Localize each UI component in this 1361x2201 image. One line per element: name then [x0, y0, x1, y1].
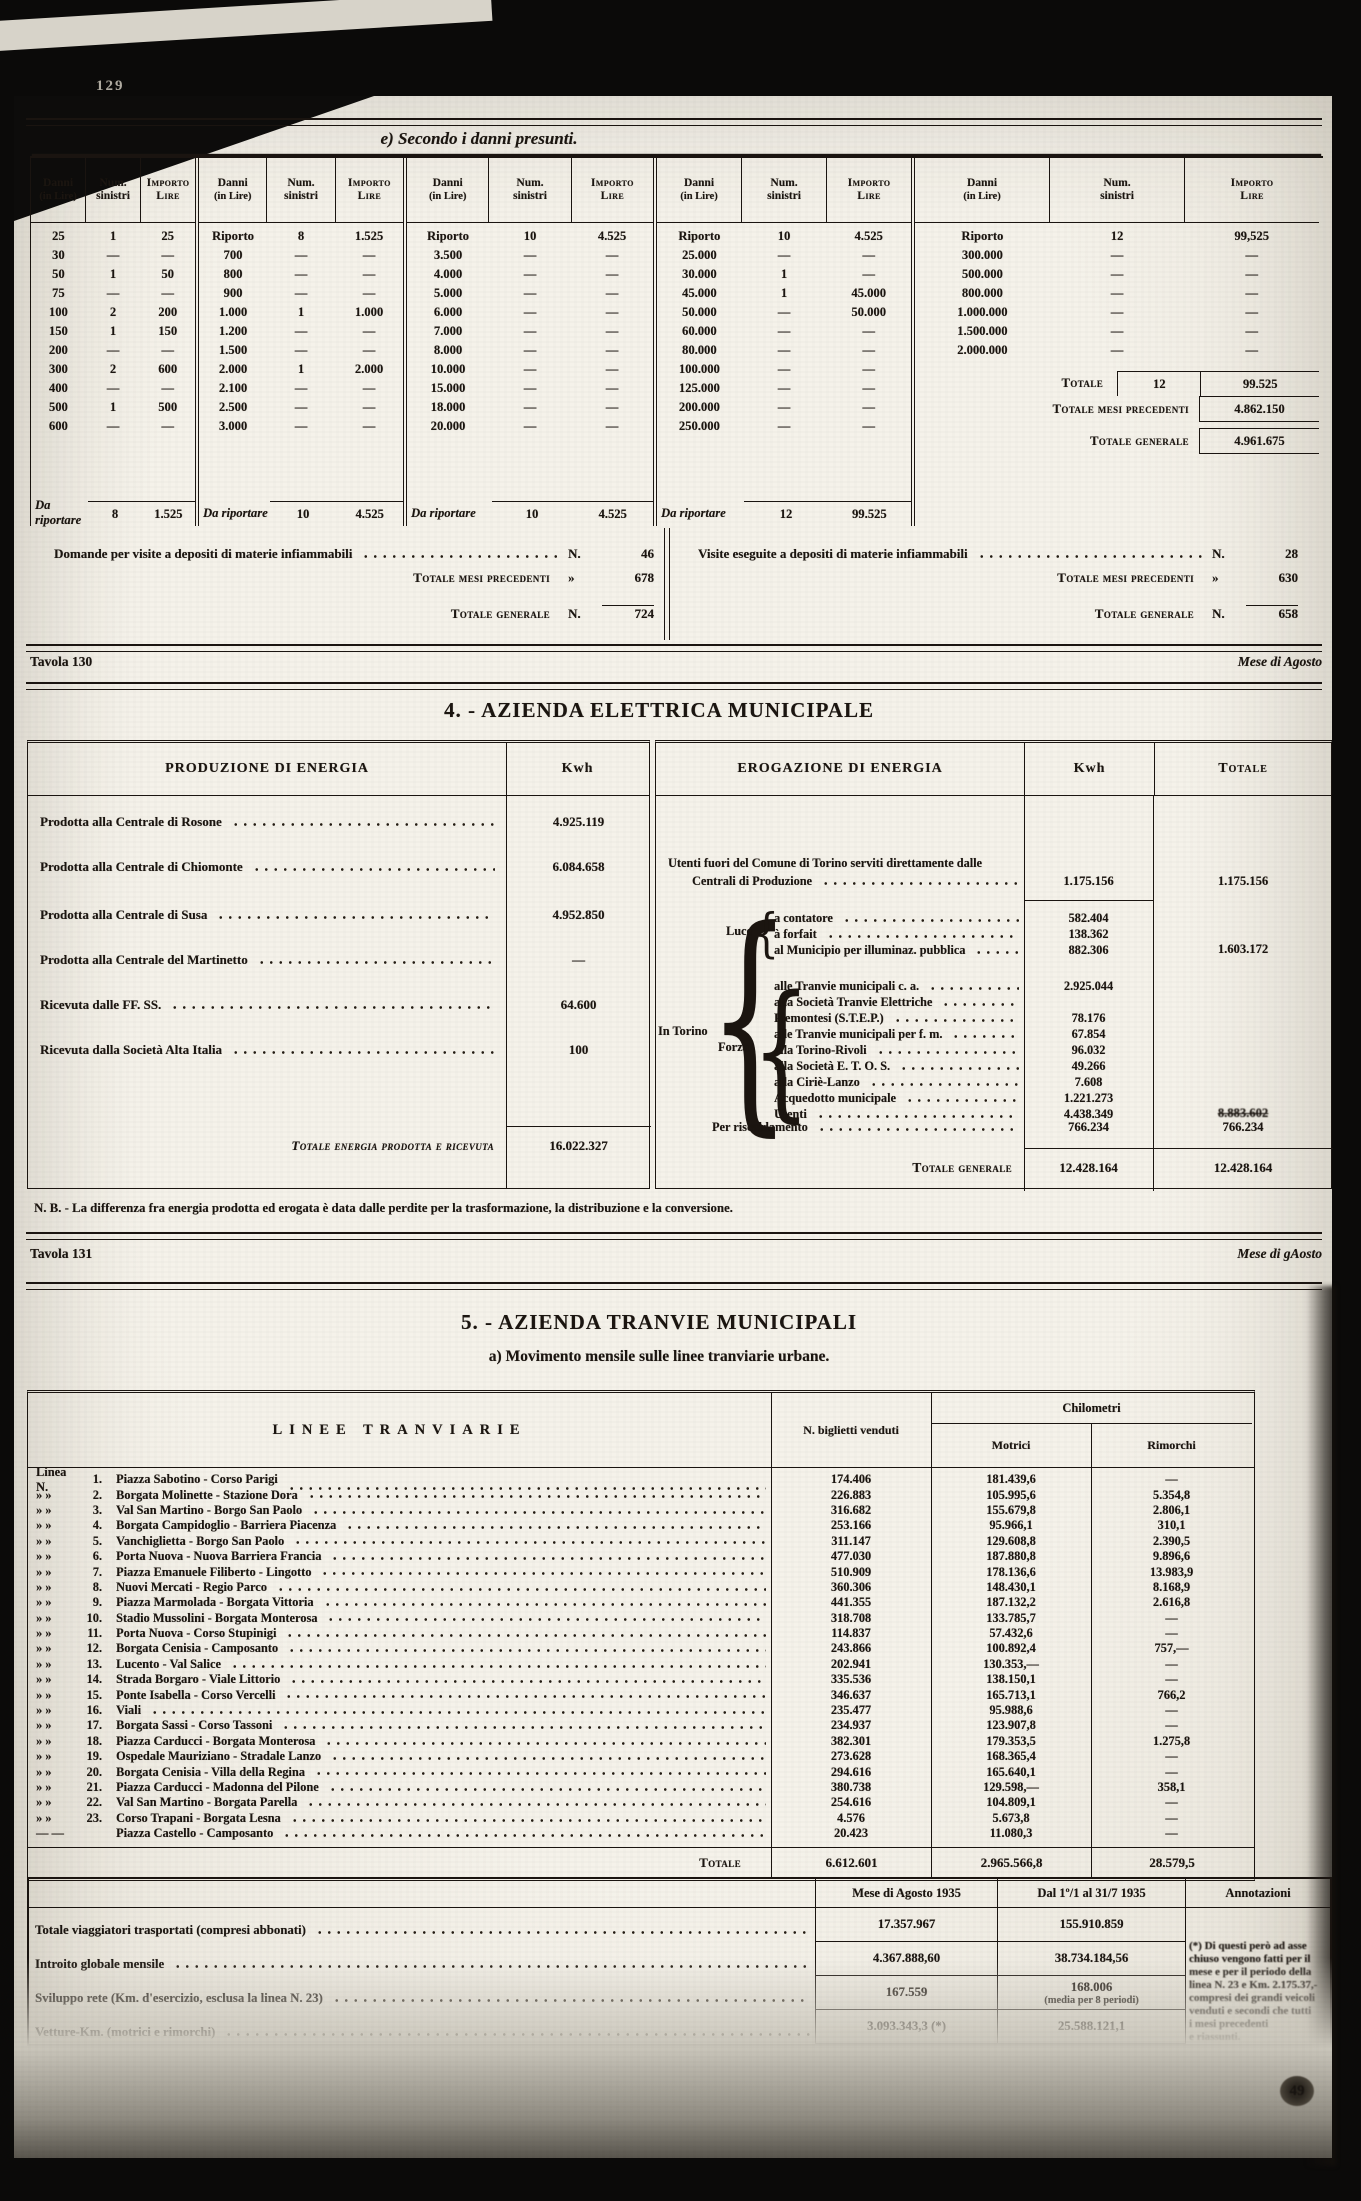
- motrici-value: 133.785,7: [931, 1611, 1091, 1626]
- line-number: 20.: [76, 1765, 102, 1780]
- motrici-value: 168.365,4: [931, 1749, 1091, 1764]
- danni-rows: 2512530——5015075——10022001501150200——300…: [31, 223, 195, 500]
- motrici-value: 165.713,1: [931, 1688, 1091, 1703]
- table-row: 500.000——: [915, 267, 1319, 286]
- rimorchi-value: 2.616,8: [1091, 1595, 1252, 1610]
- line-number: 3.: [76, 1503, 102, 1518]
- rimorchi-value: —: [1091, 1626, 1252, 1641]
- dot-leader: [230, 1660, 766, 1671]
- table-row: 1.500——: [199, 343, 403, 362]
- line-number: 19.: [76, 1749, 102, 1764]
- line-number: 18.: [76, 1734, 102, 1749]
- motrici-value: 95.966,1: [931, 1518, 1091, 1533]
- stats-row-label: Totale viaggiatori trasportati (compresi…: [35, 1923, 306, 1938]
- rimorchi-value: —: [1091, 1811, 1252, 1826]
- tram-line-row: » »21.Piazza Carducci - Madonna del Pilo…: [28, 1780, 1254, 1795]
- table-row: Riporto1299,525: [915, 229, 1319, 248]
- danni-table: Danni(in Lire) Num.sinistri ImportoLire …: [30, 156, 1323, 526]
- stats-annotazioni: Annotazioni: [1186, 1879, 1330, 1907]
- dot-leader: [282, 1829, 766, 1840]
- line-prefix: » »: [28, 1780, 76, 1795]
- line-prefix: » »: [28, 1734, 76, 1749]
- line-name: Piazza Carducci - Borgata Monterosa: [116, 1734, 315, 1749]
- totale-label: Totale: [915, 376, 1117, 391]
- tram-line-row: » »6.Porta Nuova - Nuova Barriera Franci…: [28, 1549, 1254, 1564]
- table-row: 100.000——: [657, 362, 911, 381]
- biglietti-value: 335.536: [771, 1672, 931, 1687]
- line-number: 2.: [76, 1488, 102, 1503]
- table-row: 600——: [31, 419, 195, 438]
- table-row: 5001500: [31, 400, 195, 419]
- mese-label: Mese di Agosto: [1238, 654, 1322, 670]
- dot-leader: [330, 1752, 766, 1763]
- tram-line-row: » »11.Porta Nuova - Corso Stupinigi 114.…: [28, 1626, 1254, 1641]
- line-prefix: » »: [28, 1765, 76, 1780]
- top-page-number: 129: [96, 78, 125, 95]
- table-row: 45.000145.000: [657, 286, 911, 305]
- motrici-value: 187.880,8: [931, 1549, 1091, 1564]
- luce-item-label: al Municipio per illuminaz. pubblica: [656, 943, 965, 958]
- tram-totale-row: Totale 6.612.601 2.965.566,8 28.579,5: [28, 1847, 1254, 1878]
- tavola-131-label: Tavola 131: [30, 1246, 92, 1262]
- line-number: 6.: [76, 1549, 102, 1564]
- forza-item-label: Piemontesi (S.T.E.P.): [656, 1011, 884, 1026]
- rimorchi-value: 2.390,5: [1091, 1534, 1252, 1549]
- rimorchi-value: —: [1091, 1749, 1252, 1764]
- scan-bottom-fade: [14, 1958, 1332, 2158]
- table-row: 25.000——: [657, 248, 911, 267]
- table-row: 900——: [199, 286, 403, 305]
- scan-white-streak: [0, 0, 492, 51]
- dot-leader: [821, 877, 1017, 888]
- rimorchi-value: —: [1091, 1703, 1252, 1718]
- tram-table: LINEE TRANVIARIE N. biglietti venduti Ch…: [27, 1390, 1255, 1881]
- dot-leader: [345, 1521, 766, 1532]
- col-num: Num.: [99, 177, 126, 190]
- table-row: 7.000——: [407, 324, 653, 343]
- line-prefix: » »: [28, 1534, 76, 1549]
- line-number: 23.: [76, 1811, 102, 1826]
- mese-label: Mese di gAosto: [1237, 1246, 1322, 1262]
- motrici-value: 178.136,6: [931, 1565, 1091, 1580]
- tram-line-row: » »23.Corso Trapani - Borgata Lesna 4.57…: [28, 1811, 1254, 1826]
- motrici-value: 129.598,—: [931, 1780, 1091, 1795]
- dot-leader: [311, 1506, 766, 1517]
- dot-leader: [306, 1798, 766, 1809]
- biglietti-value: 441.355: [771, 1595, 931, 1610]
- line-prefix: » »: [28, 1503, 76, 1518]
- biglietti-value: 114.837: [771, 1626, 931, 1641]
- dot-leader: [326, 1614, 766, 1625]
- table-row: 3.000——: [199, 419, 403, 438]
- table-row: 125.000——: [657, 381, 911, 400]
- stats-row: Totale viaggiatori trasportati (compresi…: [29, 1908, 1330, 1942]
- danni-totals-block: Totale 12 99.525 Totale mesi precedenti …: [915, 362, 1319, 454]
- line-prefix: » »: [28, 1611, 76, 1626]
- table-row: 800.000——: [915, 286, 1319, 305]
- biglietti-value: 380.738: [771, 1780, 931, 1795]
- motrici-value: 5.673,8: [931, 1811, 1091, 1826]
- biglietti-value: 254.616: [771, 1795, 931, 1810]
- line-name: Lucento - Val Salice: [116, 1657, 221, 1672]
- forza-item-label: alla Società Tranvie Elettriche: [656, 995, 932, 1010]
- rimorchi-value: —: [1091, 1795, 1252, 1810]
- dot-leader: [276, 1583, 766, 1594]
- danni-group-2: Danni(in Lire)Num.sinistriImportoLire Ri…: [199, 158, 407, 526]
- biglietti-value: 477.030: [771, 1549, 931, 1564]
- biglietti-value: 226.883: [771, 1488, 931, 1503]
- line-name: Nuovi Mercati - Regio Parco: [116, 1580, 267, 1595]
- table-row: 300.000——: [915, 248, 1319, 267]
- dot-leader: [284, 1691, 766, 1702]
- rimorchi-value: —: [1091, 1611, 1252, 1626]
- line-prefix: » »: [28, 1688, 76, 1703]
- line-number: 15.: [76, 1688, 102, 1703]
- line-name: Borgata Cenisia - Villa della Regina: [116, 1765, 305, 1780]
- line-prefix: » »: [28, 1749, 76, 1764]
- dot-leader: [290, 1814, 766, 1825]
- line-prefix: » »: [28, 1703, 76, 1718]
- table-row: 700——: [199, 248, 403, 267]
- scanned-page-background: { "page": {"top_page_number": "129", "bo…: [0, 0, 1361, 2201]
- rimorchi-header: Rimorchi: [1091, 1423, 1252, 1467]
- motrici-value: 11.080,3: [931, 1826, 1091, 1841]
- dot-leader: [826, 930, 1019, 941]
- line-name: Vanchiglietta - Borgo San Paolo: [116, 1534, 284, 1549]
- line-name: Borgata Campidoglio - Barriera Piacenza: [116, 1518, 336, 1533]
- line-number: 21.: [76, 1780, 102, 1795]
- tram-line-row: » »16.Viali 235.477 95.988,6 —: [28, 1703, 1254, 1718]
- danni-group-1: Danni(in Lire) Num.sinistri ImportoLire …: [31, 158, 199, 526]
- biglietti-value: 510.909: [771, 1565, 931, 1580]
- tram-line-row: » »15.Ponte Isabella - Corso Vercelli 34…: [28, 1687, 1254, 1702]
- tram-title: 5. - AZIENDA TRANVIE MUNICIPALI: [14, 1310, 1304, 1335]
- chilometri-header: Chilometri: [931, 1393, 1252, 1424]
- forza-item-label: alle Tranvie municipali per f. m.: [656, 1027, 942, 1042]
- biglietti-header: N. biglietti venduti: [771, 1393, 931, 1467]
- tram-line-row: » »19.Ospedale Mauriziano - Stradale Lan…: [28, 1749, 1254, 1764]
- dot-leader: [285, 1629, 766, 1640]
- table-row: 5.000——: [407, 286, 653, 305]
- line-name: Strada Borgaro - Viale Littorio: [116, 1672, 280, 1687]
- table-row: Riporto104.525: [407, 229, 653, 248]
- dot-leader: [817, 1123, 1017, 1134]
- line-name: Borgata Cenisia - Camposanto: [116, 1641, 278, 1656]
- motrici-value: 155.679,8: [931, 1503, 1091, 1518]
- rimorchi-value: 13.983,9: [1091, 1565, 1252, 1580]
- dot-leader: [307, 1491, 766, 1502]
- rimorchi-value: —: [1091, 1672, 1252, 1687]
- motrici-value: 123.907,8: [931, 1718, 1091, 1733]
- table-row: 8.000——: [407, 343, 653, 362]
- line-number: 4.: [76, 1518, 102, 1533]
- table-row: 80.000——: [657, 343, 911, 362]
- dot-leader: [281, 1721, 766, 1732]
- rimorchi-value: 5.354,8: [1091, 1488, 1252, 1503]
- rimorchi-value: —: [1091, 1826, 1252, 1841]
- biglietti-value: 20.423: [771, 1826, 931, 1841]
- erogazione-header: EROGAZIONE DI ENERGIA: [656, 743, 1024, 795]
- tavola-130-row: Tavola 130 Mese di Agosto: [30, 654, 1322, 670]
- dot-leader: [324, 1737, 766, 1748]
- tram-rows: Linea N.1.Piazza Sabotino - Corso Parigi…: [28, 1472, 1254, 1841]
- stats-header: Mese di Agosto 1935 Dal 1º/1 al 31/7 193…: [29, 1879, 1330, 1908]
- line-name: Piazza Sabotino - Corso Parigi: [116, 1472, 278, 1487]
- table-row: 50150: [31, 267, 195, 286]
- table-row: 30——: [31, 248, 195, 267]
- table-row: 1002200: [31, 305, 195, 324]
- line-prefix: » »: [28, 1795, 76, 1810]
- line-name: Corso Trapani - Borgata Lesna: [116, 1811, 281, 1826]
- rimorchi-value: 310,1: [1091, 1518, 1252, 1533]
- table-row: 20.000——: [407, 419, 653, 438]
- dot-leader: [328, 1783, 766, 1794]
- footnote-line: (*) Di questi però ad asse: [1189, 1940, 1325, 1953]
- rimorchi-value: —: [1091, 1718, 1252, 1733]
- line-name: Val San Martino - Borgo San Paolo: [116, 1503, 302, 1518]
- rimorchi-value: 757,—: [1091, 1641, 1252, 1656]
- aem-tables: PRODUZIONE DI ENERGIA Kwh Prodotta alla …: [27, 740, 1332, 1189]
- biglietti-value: 311.147: [771, 1534, 931, 1549]
- table-row: 1.200——: [199, 324, 403, 343]
- line-number: 10.: [76, 1611, 102, 1626]
- dot-leader: [842, 914, 1019, 925]
- table-row: 200——: [31, 343, 195, 362]
- motrici-value: 179.353,5: [931, 1734, 1091, 1749]
- tram-line-row: » »5.Vanchiglietta - Borgo San Paolo 311…: [28, 1534, 1254, 1549]
- line-number: 9.: [76, 1595, 102, 1610]
- line-number: 12.: [76, 1641, 102, 1656]
- biglietti-value: 243.866: [771, 1641, 931, 1656]
- luce-item-label: a contatore: [656, 911, 833, 926]
- motrici-value: 95.988,6: [931, 1703, 1091, 1718]
- biglietti-value: 4.576: [771, 1811, 931, 1826]
- forza-item-label: alle Tranvie municipali c. a.: [656, 979, 919, 994]
- forza-item-label: alla Ciriè-Lanzo: [656, 1075, 860, 1090]
- produzione-header: PRODUZIONE DI ENERGIA: [28, 743, 506, 795]
- forza-total: 8.883.602: [1153, 1106, 1333, 1121]
- luce-item-label: à forfait: [656, 927, 817, 942]
- rimorchi-value: 2.806,1: [1091, 1503, 1252, 1518]
- summary-left: Domande per visite a depositi di materie…: [54, 538, 654, 622]
- stats-value-period: 155.910.859: [1060, 1917, 1124, 1932]
- line-number: 16.: [76, 1703, 102, 1718]
- line-number: 8.: [76, 1580, 102, 1595]
- dot-leader: [314, 1768, 766, 1779]
- biglietti-value: 234.937: [771, 1718, 931, 1733]
- kwh-header: Kwh: [1024, 743, 1154, 795]
- line-number: 17.: [76, 1718, 102, 1733]
- table-row: 4.000——: [407, 267, 653, 286]
- visite-eseguite-label: Visite eseguite a depositi di materie in…: [698, 546, 968, 562]
- table-row: 30.0001—: [657, 267, 911, 286]
- rimorchi-value: 1.275,8: [1091, 1734, 1252, 1749]
- table-row: 3002600: [31, 362, 195, 381]
- line-prefix: » »: [28, 1641, 76, 1656]
- table-row: 400——: [31, 381, 195, 400]
- line-prefix: » »: [28, 1565, 76, 1580]
- line-name: Borgata Molinette - Stazione Dora: [116, 1488, 298, 1503]
- biglietti-value: 174.406: [771, 1472, 931, 1487]
- line-number: 22.: [76, 1795, 102, 1810]
- table-row: 2.500——: [199, 400, 403, 419]
- line-name: Porta Nuova - Corso Stupinigi: [116, 1626, 276, 1641]
- tram-line-row: — —Piazza Castello - Camposanto 20.423 1…: [28, 1826, 1254, 1841]
- rimorchi-value: —: [1091, 1765, 1252, 1780]
- rimorchi-value: 766,2: [1091, 1688, 1252, 1703]
- stats-period-1: Mese di Agosto 1935: [816, 1879, 998, 1907]
- biglietti-value: 235.477: [771, 1703, 931, 1718]
- table-row: Riporto104.525: [657, 229, 911, 248]
- dot-leader: [876, 1046, 1019, 1057]
- stats-period-2: Dal 1º/1 al 31/7 1935: [998, 1879, 1186, 1907]
- line-name: Piazza Carducci - Madonna del Pilone: [116, 1780, 319, 1795]
- line-name: Val San Martino - Borgata Parella: [116, 1795, 297, 1810]
- luce-items: a contatore582.404à forfait138.362al Mun…: [656, 910, 1153, 958]
- dot-leader: [150, 1706, 766, 1717]
- biglietti-value: 318.708: [771, 1611, 931, 1626]
- motrici-header: Motrici: [931, 1423, 1091, 1467]
- table-row: 1.500.000——: [915, 324, 1319, 343]
- table-row: 50.000—50.000: [657, 305, 911, 324]
- domande-visite-label: Domande per visite a depositi di materie…: [54, 546, 352, 562]
- table-row: 60.000——: [657, 324, 911, 343]
- line-number: 13.: [76, 1657, 102, 1672]
- motrici-value: 130.353,—: [931, 1657, 1091, 1672]
- table-row: 2.100——: [199, 381, 403, 400]
- kwh-header: Kwh: [506, 743, 648, 795]
- top-rule: [26, 118, 1322, 126]
- line-number: 7.: [76, 1565, 102, 1580]
- tram-line-row: » »7.Piazza Emanuele Filiberto - Lingott…: [28, 1564, 1254, 1579]
- totale-header: Totale: [1154, 743, 1331, 795]
- dot-leader: [941, 998, 1019, 1009]
- table-row: 10.000——: [407, 362, 653, 381]
- dot-leader: [323, 1598, 766, 1609]
- rimorchi-value: —: [1091, 1657, 1252, 1672]
- line-name: Ospedale Mauriziano - Stradale Lanzo: [116, 1749, 321, 1764]
- prod-row-label: Prodotta alla Centrale di Rosone: [40, 814, 222, 830]
- line-name: Stadio Mussolini - Borgata Monterosa: [116, 1611, 317, 1626]
- dot-leader: [951, 1030, 1019, 1041]
- dot-leader: [289, 1675, 766, 1686]
- biglietti-value: 360.306: [771, 1580, 931, 1595]
- tavola-131-row: Tavola 131 Mese di gAosto: [30, 1246, 1322, 1262]
- tram-line-row: » »3.Val San Martino - Borgo San Paolo 3…: [28, 1503, 1254, 1518]
- table-row: 800——: [199, 267, 403, 286]
- tram-line-row: » »17.Borgata Sassi - Corso Tassoni 234.…: [28, 1718, 1254, 1733]
- dot-leader: [899, 1062, 1019, 1073]
- bottom-page-number: 49: [1280, 2076, 1314, 2106]
- produzione-table: PRODUZIONE DI ENERGIA Kwh Prodotta alla …: [27, 740, 650, 1189]
- motrici-value: 105.995,6: [931, 1488, 1091, 1503]
- tram-line-row: » »12.Borgata Cenisia - Camposanto 243.8…: [28, 1641, 1254, 1656]
- table-row: 2.00012.000: [199, 362, 403, 381]
- document-page: e) Secondo i danni presunti. Danni(in Li…: [14, 96, 1332, 2158]
- summary-divider: [664, 528, 670, 640]
- danni-footer-row: Da riportare81.525: [31, 500, 195, 526]
- motrici-value: 100.892,4: [931, 1641, 1091, 1656]
- table-row: 75——: [31, 286, 195, 305]
- dot-leader: [869, 1078, 1019, 1089]
- motrici-value: 104.809,1: [931, 1795, 1091, 1810]
- biglietti-value: 202.941: [771, 1657, 931, 1672]
- line-name: Ponte Isabella - Corso Vercelli: [116, 1688, 275, 1703]
- rimorchi-value: 9.896,6: [1091, 1549, 1252, 1564]
- biglietti-value: 346.637: [771, 1688, 931, 1703]
- summary-right: Visite eseguite a depositi di materie in…: [698, 538, 1298, 622]
- line-prefix: » »: [28, 1488, 76, 1503]
- nota-bene: N. B. - La differenza fra energia prodot…: [34, 1201, 1324, 1216]
- line-prefix: » »: [28, 1718, 76, 1733]
- table-row: 3.500——: [407, 248, 653, 267]
- forza-item-label: alla Torino-Rivoli: [656, 1043, 867, 1058]
- dot-leader: [287, 1644, 766, 1655]
- table-row: 250.000——: [657, 419, 911, 438]
- line-name: Borgata Sassi - Corso Tassoni: [116, 1718, 272, 1733]
- line-name: Piazza Emanuele Filiberto - Lingotto: [116, 1565, 311, 1580]
- dot-leader: [974, 946, 1019, 957]
- line-prefix: » »: [28, 1811, 76, 1826]
- prod-totale-value: 16.022.327: [506, 1138, 651, 1154]
- rimorchi-value: 358,1: [1091, 1780, 1252, 1795]
- tram-line-row: Linea N.1.Piazza Sabotino - Corso Parigi…: [28, 1472, 1254, 1487]
- forza-item-label: Acquedotto municipale: [656, 1091, 896, 1106]
- table-row: 1.00011.000: [199, 305, 403, 324]
- table-row: 25125: [31, 229, 195, 248]
- forza-items: alle Tranvie municipali c. a.2.925.044al…: [656, 978, 1153, 1122]
- motrici-value: 181.439,6: [931, 1472, 1091, 1487]
- tram-line-row: » »8.Nuovi Mercati - Regio Parco 360.306…: [28, 1580, 1254, 1595]
- riscaldamento-row: Per riscaldamento: [712, 1120, 1022, 1135]
- line-prefix: » »: [28, 1549, 76, 1564]
- danni-table-title: e) Secondo i danni presunti.: [14, 129, 944, 149]
- line-prefix: » »: [28, 1518, 76, 1533]
- stats-value-month: 17.357.967: [816, 1908, 998, 1942]
- aem-title: 4. - AZIENDA ELETTRICA MUNICIPALE: [14, 698, 1304, 723]
- biglietti-value: 294.616: [771, 1765, 931, 1780]
- line-name: Porta Nuova - Nuova Barriera Francia: [116, 1549, 321, 1564]
- danni-group-4: Danni(in Lire)Num.sinistriImportoLire Ri…: [657, 158, 915, 526]
- dot-leader: [361, 550, 563, 561]
- totale-generale-label: Totale generale: [915, 434, 1199, 449]
- dot-leader: [928, 982, 1019, 993]
- dot-leader: [320, 1568, 766, 1579]
- line-prefix: » »: [28, 1626, 76, 1641]
- dot-leader: [977, 550, 1207, 561]
- biglietti-value: 316.682: [771, 1503, 931, 1518]
- rimorchi-value: 8.168,9: [1091, 1580, 1252, 1595]
- dot-leader: [893, 1014, 1019, 1025]
- motrici-value: 57.432,6: [931, 1626, 1091, 1641]
- tavola-130-label: Tavola 130: [30, 654, 92, 670]
- tram-line-row: » »18.Piazza Carducci - Borgata Monteros…: [28, 1734, 1254, 1749]
- line-name: Piazza Marmolada - Borgata Vittoria: [116, 1595, 314, 1610]
- line-prefix: » »: [28, 1672, 76, 1687]
- tram-line-row: » »22.Val San Martino - Borgata Parella …: [28, 1795, 1254, 1810]
- line-prefix: » »: [28, 1595, 76, 1610]
- biglietti-value: 382.301: [771, 1734, 931, 1749]
- tram-line-row: » »14.Strada Borgaro - Viale Littorio 33…: [28, 1672, 1254, 1687]
- line-prefix: — —: [28, 1826, 76, 1841]
- table-row: 1.000.000——: [915, 305, 1319, 324]
- line-prefix: » »: [28, 1657, 76, 1672]
- motrici-value: 129.608,8: [931, 1534, 1091, 1549]
- dot-leader: [231, 818, 495, 829]
- table-row: 200.000——: [657, 400, 911, 419]
- table-row: 1501150: [31, 324, 195, 343]
- biglietti-value: 253.166: [771, 1518, 931, 1533]
